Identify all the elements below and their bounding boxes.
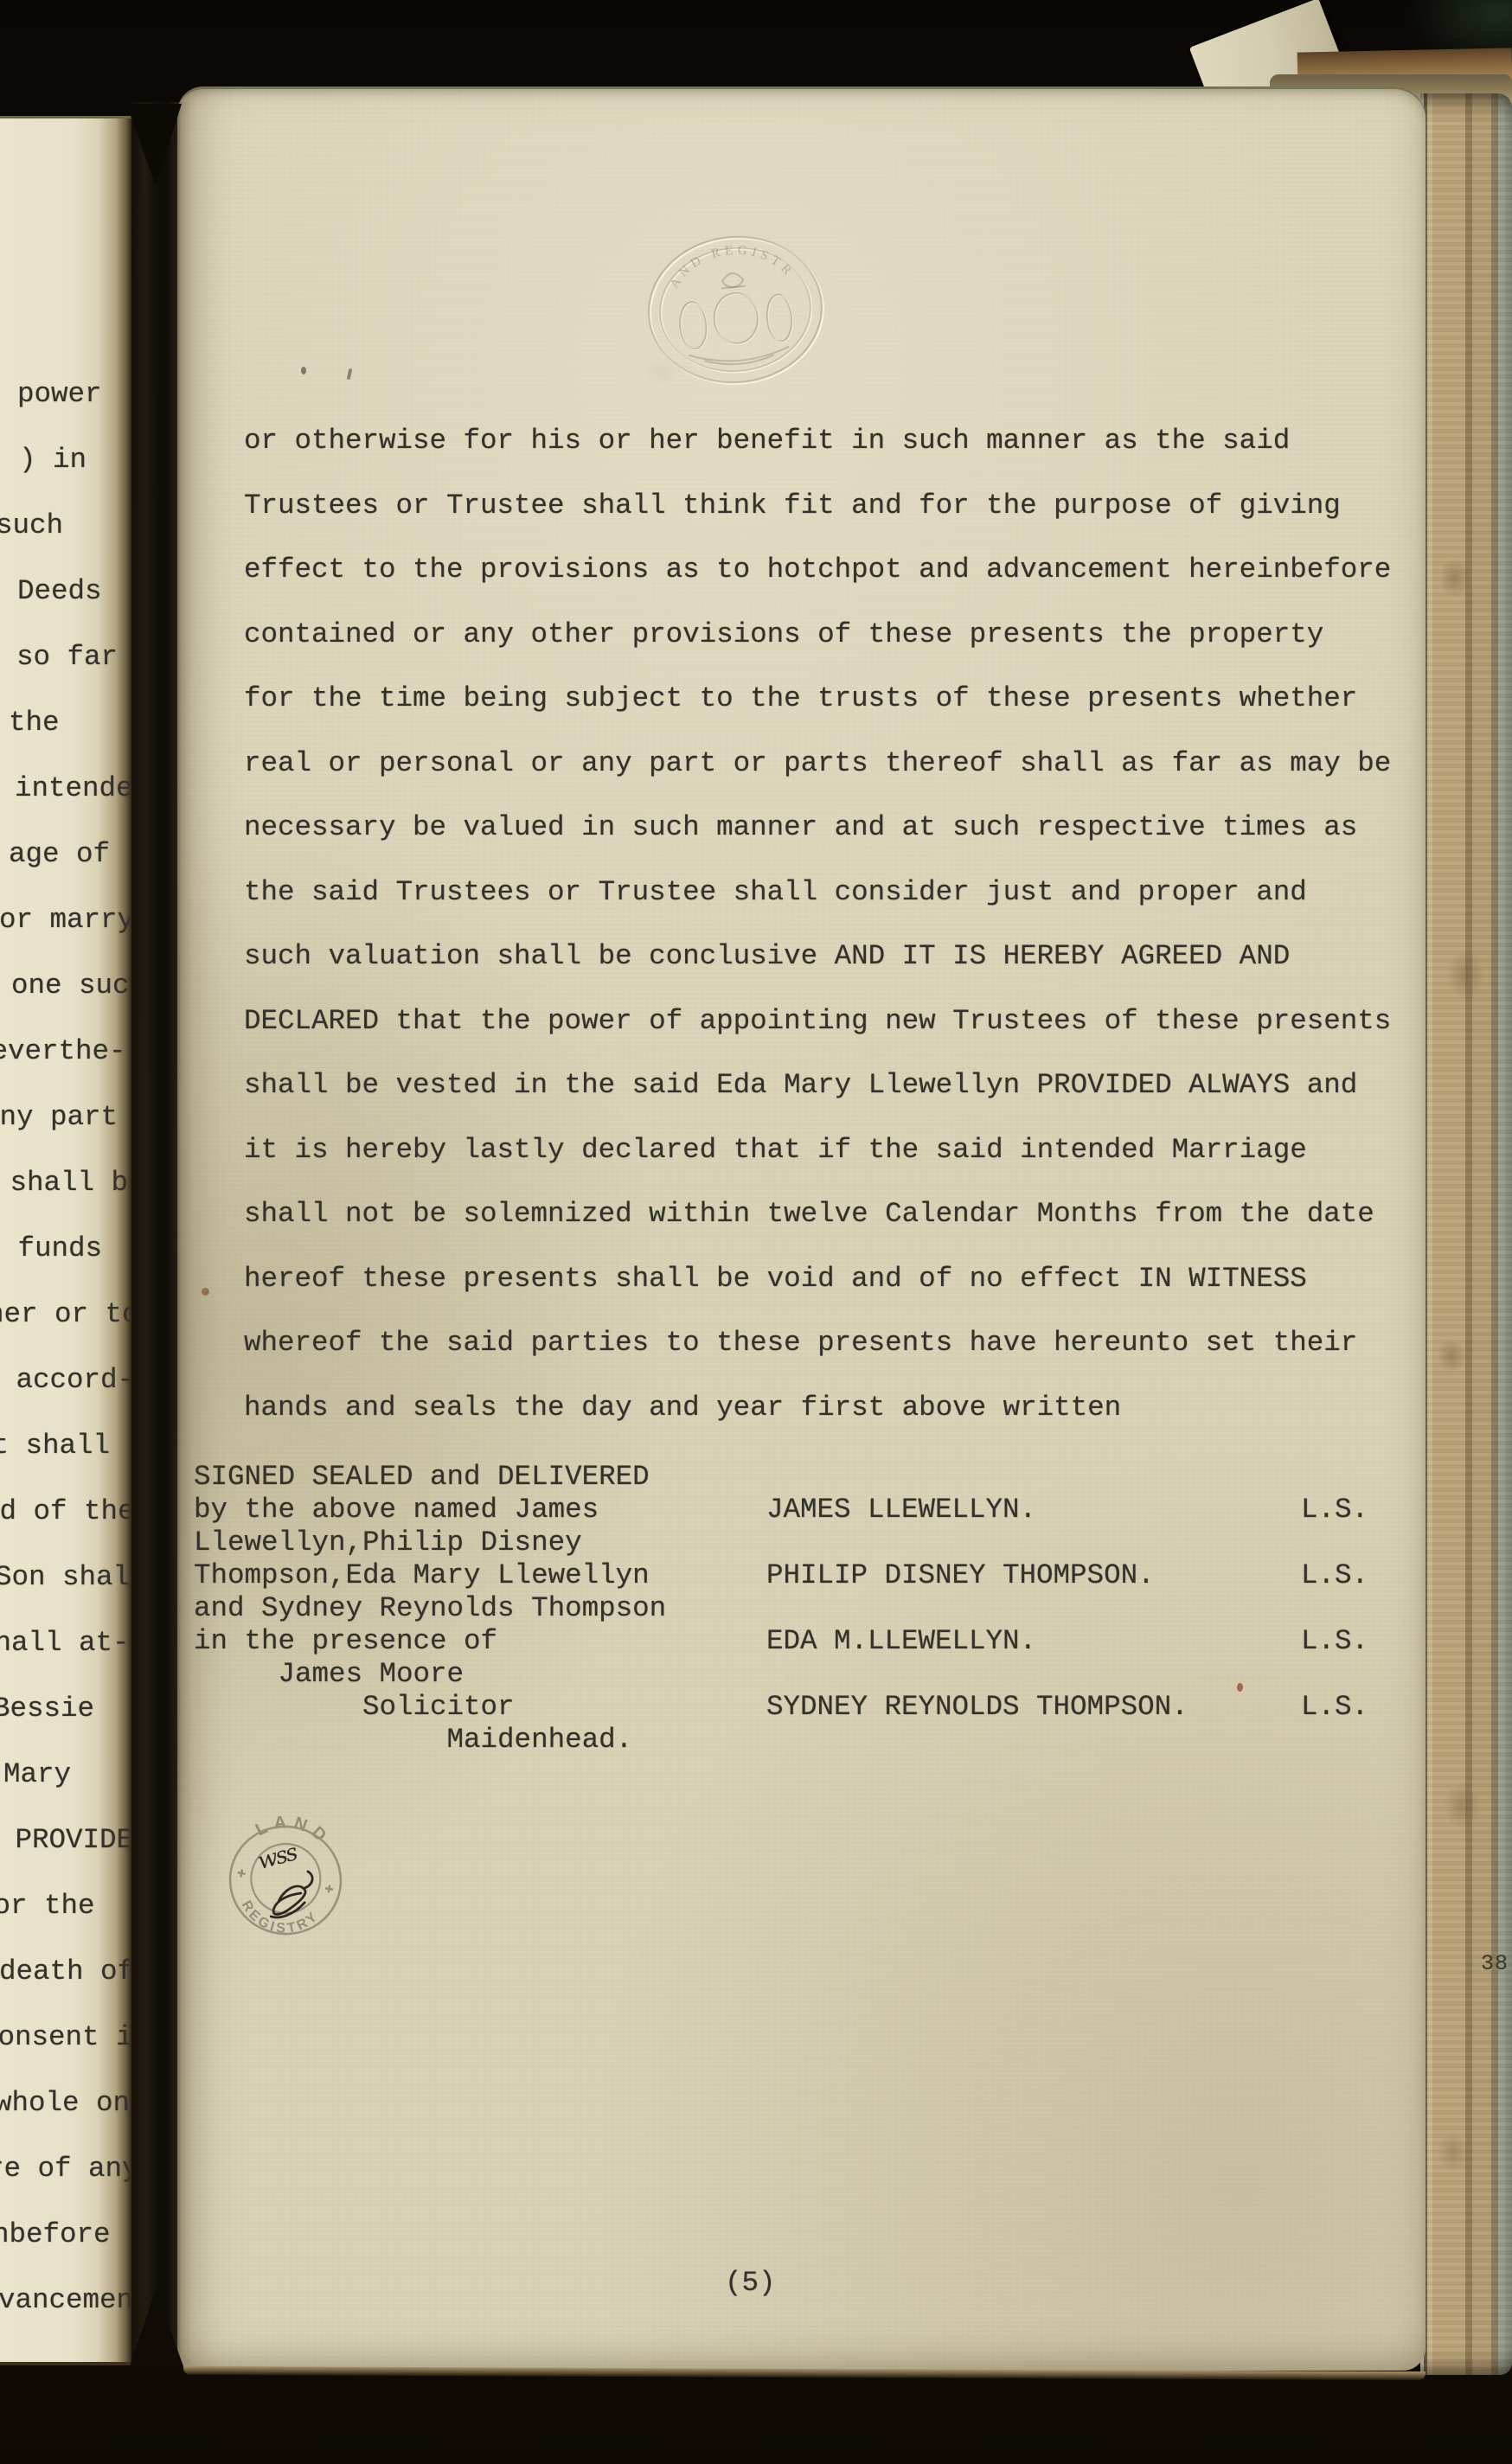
gutter-shadow-bottom xyxy=(130,2290,183,2366)
left-page-fragment: the xyxy=(9,706,60,740)
document-page xyxy=(177,86,1426,2371)
left-page-fragment: her or to xyxy=(0,1297,130,1332)
red-ink-speck xyxy=(1237,1683,1243,1692)
left-page-fragment: one such xyxy=(11,969,130,1003)
left-page-fragment: re of any xyxy=(0,2152,130,2186)
left-page-fragment: shall at- xyxy=(0,1626,130,1661)
margin-ink-dot xyxy=(202,1288,209,1296)
paper-speck xyxy=(301,367,306,374)
left-page-fragment: power xyxy=(17,377,102,412)
left-page-fragment: me accord- xyxy=(0,1363,130,1398)
left-page-fragment: r Deeds xyxy=(0,574,102,609)
page-number: (5) xyxy=(725,2266,776,2301)
book-gutter xyxy=(126,102,192,2365)
left-page-fragment: w intended xyxy=(0,771,130,806)
page-stack-edge xyxy=(1420,93,1512,2375)
left-page-fragment: or marry xyxy=(0,903,130,938)
left-page-fragment: ly PROVIDED xyxy=(0,1823,130,1858)
left-page-fragment: any part xyxy=(0,1100,118,1135)
left-page-fragment: ld of the xyxy=(0,1494,130,1529)
gutter-shadow-top xyxy=(126,104,182,186)
left-page-fragment: st funds xyxy=(0,1232,102,1266)
stamp-initials-text: wss xyxy=(254,1839,299,1875)
left-page-fragment: so far xyxy=(16,640,118,675)
land-registry-stamp: LAND REGISTRY wss xyxy=(210,1805,361,1955)
left-page-fragment: consent in xyxy=(0,2020,130,2055)
left-page-fragment: ) in xyxy=(19,443,86,477)
edge-printed-mark: 38 xyxy=(1481,1951,1509,1976)
left-page-fragment: neverthe- xyxy=(0,1034,126,1069)
left-page-fragment: for the xyxy=(0,1889,95,1923)
left-page-fragment: whole one xyxy=(0,2086,130,2121)
left-page-fragment: such xyxy=(0,509,63,543)
left-page-fragment: age of xyxy=(9,837,110,872)
left-page-fragment: id shall be xyxy=(0,1166,130,1200)
left-page-fragment: death of xyxy=(0,1955,130,1989)
document-scan: LAND REGISTRY xyxy=(0,0,1512,2464)
left-page-fragment: nt shall xyxy=(0,1429,110,1463)
left-page-fragment: nbefore xyxy=(0,2218,111,2252)
embossed-seal: LAND REGISTRY xyxy=(640,228,830,391)
left-page-fragments: power) insuchr Deedsso farthew intendeda… xyxy=(0,116,130,2359)
left-page-fragment: Bessie xyxy=(0,1692,94,1726)
left-page-fragment: a Son shall xyxy=(0,1560,130,1595)
left-page-fragment: Mary xyxy=(3,1757,71,1792)
left-page-fragment: advancement xyxy=(0,2283,130,2318)
